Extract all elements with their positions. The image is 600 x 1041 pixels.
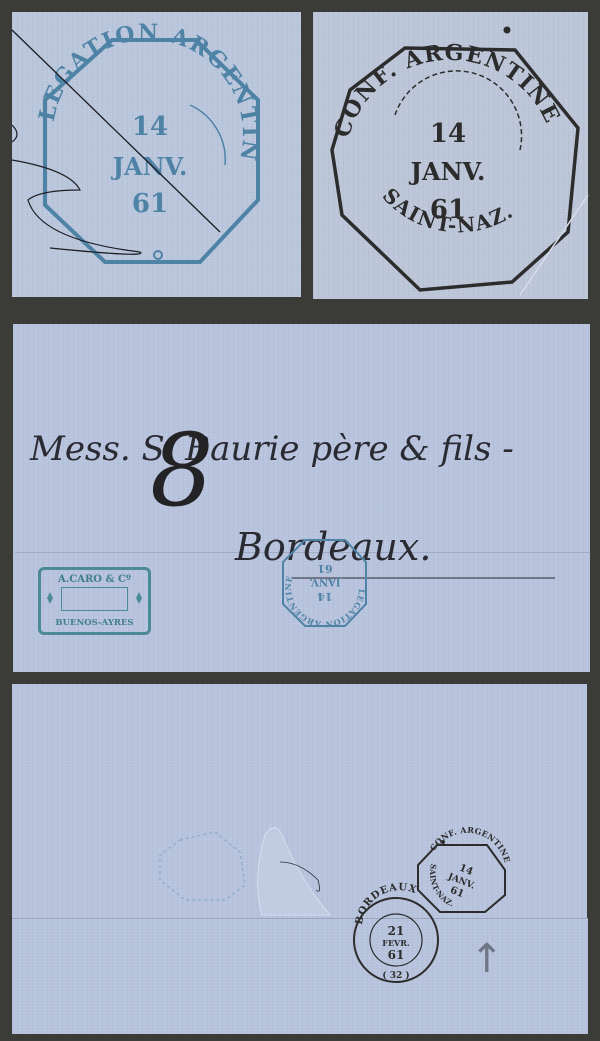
cover-back-flap	[12, 684, 587, 918]
diamond-ornament-icon	[47, 592, 53, 604]
cover-back-lower	[12, 918, 588, 1034]
sender-cachet: A.CARO & Cº BUENOS-AYRES	[38, 567, 151, 635]
detail-photo-black-stamp	[313, 12, 588, 299]
diamond-ornament-icon	[136, 592, 142, 604]
detail-photo-blue-stamp	[12, 12, 301, 297]
cachet-inner-frame	[61, 587, 128, 611]
cachet-city: BUENOS-AYRES	[41, 618, 148, 628]
cachet-firm-name: A.CARO & Cº	[41, 574, 148, 585]
